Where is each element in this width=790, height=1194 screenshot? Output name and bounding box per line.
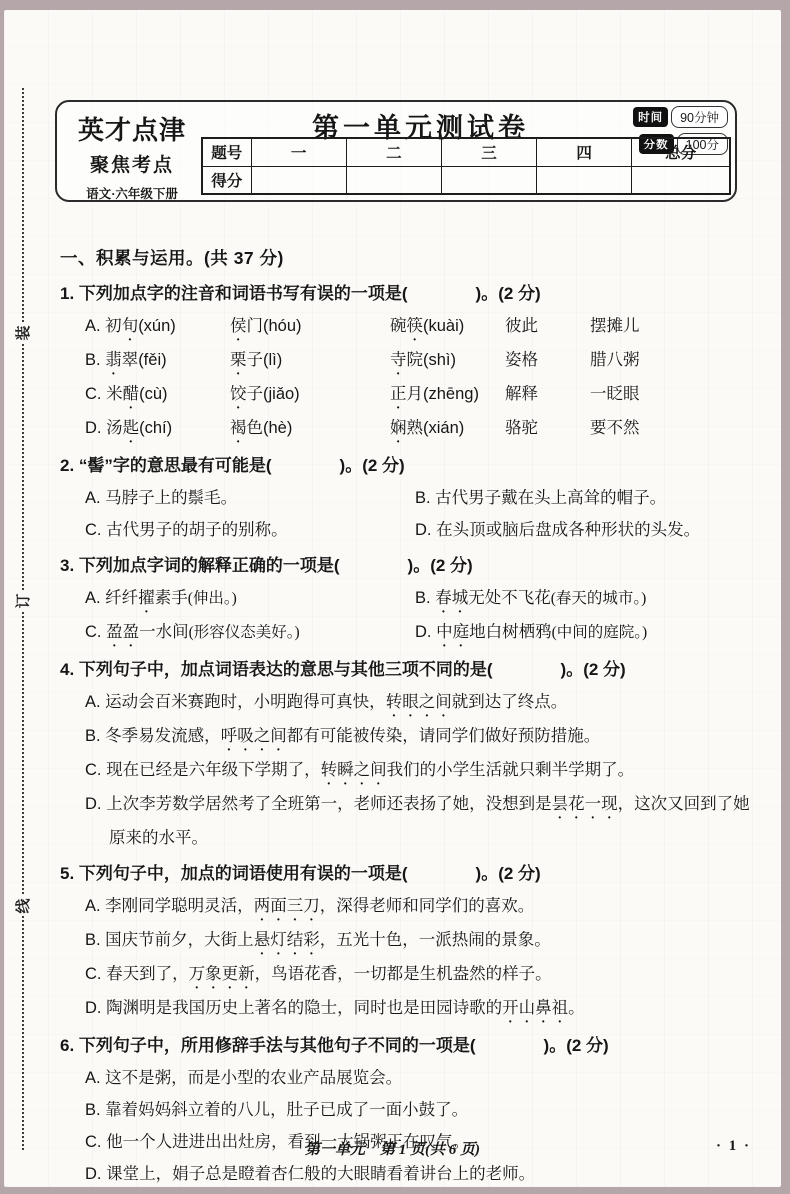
text-segment: (春天的城市。) <box>551 590 647 607</box>
score-input-cell <box>537 166 632 194</box>
q3-option-c: C. 盈盈一水间(形容仪态美好。) <box>85 616 415 650</box>
score-table: 题号 一 二 三 四 总分 得分 <box>201 137 731 195</box>
q2-option-a: A. 马脖子上的鬃毛。 <box>85 482 415 514</box>
q1-cell: 摆摊儿 <box>590 310 752 344</box>
text-segment: 解释 <box>505 385 538 403</box>
q5-option-a: A. 李刚同学聪明灵活，两面三刀，深得老师和同学们的喜欢。 <box>60 890 752 924</box>
score-table-cell: 题号 <box>202 138 251 166</box>
text-segment: C. 春天到了， <box>85 965 189 983</box>
text-segment: A. 李刚同学聪明灵活， <box>85 897 254 915</box>
text-segment: 腊八粥 <box>590 351 640 369</box>
text-segment: ，五光十色，一派热闹的景象。 <box>320 931 551 949</box>
text-segment: (xún) <box>138 317 176 335</box>
score-input-cell <box>346 166 441 194</box>
brand-title: 英才点津 <box>57 110 207 147</box>
text-segment: D. 汤 <box>85 419 123 437</box>
q1-option-row-d: D. 汤匙(chí) 褐色(hè) 娴熟(xián) 骆驼 要不然 <box>60 412 752 446</box>
score-input-cell <box>632 166 730 194</box>
q2-option-d: D. 在头顶或脑后盘成各种形状的头发。 <box>415 514 752 546</box>
text-segment: 骆驼 <box>505 419 538 437</box>
text-segment: 色(hè) <box>247 419 293 437</box>
score-table-header-row: 题号 一 二 三 四 总分 <box>202 138 730 166</box>
q1-option-row-b: B. 翡翠(fěi) 栗子(lì) 寺院(shì) 姿格 腊八粥 <box>60 344 752 378</box>
score-table-score-row: 得分 <box>202 166 730 194</box>
q1-cell: 骆驼 <box>505 412 590 446</box>
q2-options: A. 马脖子上的鬃毛。 B. 古代男子戴在头上高耸的帽子。 C. 古代男子的胡子… <box>60 482 752 546</box>
q2-option-c: C. 古代男子的胡子的别称。 <box>85 514 415 546</box>
q5-option-c: C. 春天到了，万象更新，鸟语花香，一切都是生机盎然的样子。 <box>60 958 752 992</box>
q2-stem: 2. “髻”字的意思最有可能是( )。(2 分) <box>60 450 752 482</box>
question-area: 一、积累与运用。(共 37 分) 1. 下列加点字的注音和词语书写有误的一项是(… <box>60 242 752 1190</box>
brand-block: 英才点津 聚焦考点 语文·六年级下册 <box>57 102 207 200</box>
emphasized-text-segment: 筷 <box>407 317 424 335</box>
emphasized-text-segment: 擢 <box>138 589 155 607</box>
text-segment: 子(lì) <box>247 351 283 369</box>
score-input-cell <box>441 166 536 194</box>
emphasized-text-segment: 悬灯结彩 <box>254 931 320 949</box>
header-main: 第一单元测试卷 时间 90分钟 分数 100分 题号 一 二 三 四 <box>207 102 735 200</box>
q1-cell: 饺子(jiǎo) <box>230 378 390 412</box>
text-segment: 摆摊儿 <box>590 317 640 335</box>
emphasized-text-segment: 转瞬之间 <box>321 761 387 779</box>
question-3: 3. 下列加点字词的解释正确的一项是( )。(2 分) A. 纤纤擢素手(伸出。… <box>60 550 752 650</box>
score-table-cell: 一 <box>251 138 346 166</box>
page-footer: 第一单元 第 1 页(共 6 页) · 1 · <box>4 1138 781 1168</box>
text-segment: 一水间 <box>139 623 189 641</box>
emphasized-text-segment: 开山鼻祖 <box>502 999 568 1017</box>
text-segment: D. 上次李芳数学居然考了全班第一，老师还表扬了她，没想到是 <box>85 795 552 813</box>
text-segment: (形容仪态美好。) <box>189 624 300 641</box>
binding-line: 装 订 线 <box>22 88 24 1150</box>
text-segment: 一眨眼 <box>590 385 640 403</box>
text-segment: 彼此 <box>505 317 538 335</box>
emphasized-text-segment: 侯 <box>230 317 247 335</box>
score-input-cell <box>251 166 346 194</box>
q1-cell: 碗筷(kuài) <box>390 310 505 344</box>
q1-option-row-a: A. 初旬(xún) 侯门(hóu) 碗筷(kuài) 彼此 摆摊儿 <box>60 310 752 344</box>
q3-options: A. 纤纤擢素手(伸出。) B. 春城无处不飞花(春天的城市。) C. 盈盈一水… <box>60 582 752 650</box>
text-segment: ，鸟语花香，一切都是生机盎然的样子。 <box>255 965 552 983</box>
q5-option-b: B. 国庆节前夕，大街上悬灯结彩，五光十色，一派热闹的景象。 <box>60 924 752 958</box>
emphasized-text-segment: 寺 <box>390 351 407 369</box>
binding-char-ding: 订 <box>11 591 37 611</box>
score-table-cell: 三 <box>441 138 536 166</box>
text-segment: D. <box>415 623 436 641</box>
emphasized-text-segment: 褐 <box>230 419 247 437</box>
time-badge-label: 时间 <box>633 107 668 127</box>
emphasized-text-segment: 饺 <box>230 385 247 403</box>
q1-cell: 姿格 <box>505 344 590 378</box>
time-badge: 时间 90分钟 <box>633 106 728 128</box>
text-segment: A. 纤纤 <box>85 589 138 607</box>
text-segment: C. <box>85 623 106 641</box>
text-segment: 都有可能被传染，请同学们做好预防措施。 <box>287 727 601 745</box>
text-segment: 无处不飞花 <box>468 589 551 607</box>
text-segment: 我们的小学生活就只剩半学期了。 <box>387 761 635 779</box>
text-segment: 门(hóu) <box>247 317 302 335</box>
q6-option-a: A. 这不是粥，而是小型的农业产品展览会。 <box>60 1062 752 1094</box>
text-segment: 碗 <box>390 317 407 335</box>
q1-cell: 要不然 <box>590 412 752 446</box>
text-segment: 月(zhēng) <box>407 385 479 403</box>
text-segment: 素手 <box>155 589 188 607</box>
emphasized-text-segment: 春城 <box>435 589 468 607</box>
text-segment: 熟(xián) <box>407 419 465 437</box>
q4-option-d: D. 上次李芳数学居然考了全班第一，老师还表扬了她，没想到是昙花一现，这次又回到… <box>60 788 752 854</box>
text-segment: C. 现在已经是六年级下学期了， <box>85 761 321 779</box>
q3-stem: 3. 下列加点字词的解释正确的一项是( )。(2 分) <box>60 550 752 582</box>
emphasized-text-segment: 呼吸之间 <box>221 727 287 745</box>
text-segment: (伸出。) <box>188 590 237 607</box>
text-segment: C. 米 <box>85 385 123 403</box>
text-segment: 地白树栖鸦 <box>469 623 552 641</box>
binding-char-zhuang: 装 <box>11 323 37 343</box>
q3-option-b: B. 春城无处不飞花(春天的城市。) <box>415 582 752 616</box>
emphasized-text-segment: 醋 <box>123 385 140 403</box>
header-box: 英才点津 聚焦考点 语文·六年级下册 第一单元测试卷 时间 90分钟 分数 10… <box>55 100 737 202</box>
text-segment: (中间的庭院。) <box>552 624 648 641</box>
score-row-label: 得分 <box>202 166 251 194</box>
score-table-cell: 二 <box>346 138 441 166</box>
photo-background: { "colors": { "frame": "#b5a6aa", "paper… <box>0 0 790 1194</box>
q1-cell: 侯门(hóu) <box>230 310 390 344</box>
text-segment: 要不然 <box>590 419 640 437</box>
q3-option-a: A. 纤纤擢素手(伸出。) <box>85 582 415 616</box>
text-segment: D. 陶渊明是我国历史上著名的隐士，同时也是田园诗歌的 <box>85 999 502 1017</box>
emphasized-text-segment: 栗 <box>230 351 247 369</box>
q6-option-b: B. 靠着妈妈斜立着的八儿，肚子已成了一面小鼓了。 <box>60 1094 752 1126</box>
section-heading: 一、积累与运用。(共 37 分) <box>60 242 752 274</box>
text-segment: A. 初 <box>85 317 122 335</box>
q1-stem: 1. 下列加点字的注音和词语书写有误的一项是( )。(2 分) <box>60 278 752 310</box>
q1-cell: 腊八粥 <box>590 344 752 378</box>
score-table-cell: 四 <box>537 138 632 166</box>
text-segment: 院(shì) <box>407 351 457 369</box>
q1-cell: 褐色(hè) <box>230 412 390 446</box>
q5-stem: 5. 下列句子中，加点的词语使用有误的一项是( )。(2 分) <box>60 858 752 890</box>
question-5: 5. 下列句子中，加点的词语使用有误的一项是( )。(2 分) A. 李刚同学聪… <box>60 858 752 1026</box>
q4-option-c: C. 现在已经是六年级下学期了，转瞬之间我们的小学生活就只剩半学期了。 <box>60 754 752 788</box>
q1-cell: 正月(zhēng) <box>390 378 505 412</box>
emphasized-text-segment: 中庭 <box>436 623 469 641</box>
score-table-cell: 总分 <box>632 138 730 166</box>
emphasized-text-segment: 盈盈 <box>106 623 139 641</box>
emphasized-text-segment: 转眼之间 <box>386 693 452 711</box>
emphasized-text-segment: 旬 <box>122 317 139 335</box>
text-segment: A. 运动会百米赛跑时，小明跑得可真快， <box>85 693 386 711</box>
q4-option-b: B. 冬季易发流感，呼吸之间都有可能被传染，请同学们做好预防措施。 <box>60 720 752 754</box>
q1-cell: 解释 <box>505 378 590 412</box>
emphasized-text-segment: 昙花一现 <box>552 795 618 813</box>
footer-page-info: 第一单元 第 1 页(共 6 页) <box>305 1142 480 1158</box>
q1-cell: B. 翡翠(fěi) <box>85 344 230 378</box>
question-4: 4. 下列句子中，加点词语表达的意思与其他三项不同的是( )。(2 分) A. … <box>60 654 752 854</box>
text-segment: 翠(fěi) <box>122 351 167 369</box>
q6-stem: 6. 下列句子中，所用修辞手法与其他句子不同的一项是( )。(2 分) <box>60 1030 752 1062</box>
page-number: · 1 · <box>716 1138 751 1155</box>
text-segment: (cù) <box>139 385 167 403</box>
q1-cell: 一眨眼 <box>590 378 752 412</box>
text-segment: B. 国庆节前夕，大街上 <box>85 931 254 949</box>
time-badge-value: 90分钟 <box>671 106 728 128</box>
q2-option-b: B. 古代男子戴在头上高耸的帽子。 <box>415 482 752 514</box>
binding-char-xian: 线 <box>11 896 37 916</box>
test-paper-page: 装 订 线 英才点津 聚焦考点 语文·六年级下册 第一单元测试卷 时间 90分钟… <box>4 10 781 1187</box>
q1-cell: C. 米醋(cù) <box>85 378 230 412</box>
text-segment: (chí) <box>139 419 172 437</box>
question-1: 1. 下列加点字的注音和词语书写有误的一项是( )。(2 分) A. 初旬(xú… <box>60 278 752 446</box>
text-segment: ，深得老师和同学们的喜欢。 <box>320 897 535 915</box>
q1-cell: D. 汤匙(chí) <box>85 412 230 446</box>
emphasized-text-segment: 娴 <box>390 419 407 437</box>
emphasized-text-segment: 正 <box>390 385 407 403</box>
emphasized-text-segment: 万象更新 <box>189 965 255 983</box>
emphasized-text-segment: 两面三刀 <box>254 897 320 915</box>
q4-stem: 4. 下列句子中，加点词语表达的意思与其他三项不同的是( )。(2 分) <box>60 654 752 686</box>
text-segment: 姿格 <box>505 351 538 369</box>
q4-option-a: A. 运动会百米赛跑时，小明跑得可真快，转眼之间就到达了终点。 <box>60 686 752 720</box>
text-segment: B. <box>85 351 105 369</box>
text-segment: B. <box>415 589 435 607</box>
question-2: 2. “髻”字的意思最有可能是( )。(2 分) A. 马脖子上的鬃毛。 B. … <box>60 450 752 546</box>
brand-subtitle: 聚焦考点 <box>57 150 207 177</box>
q1-cell: 栗子(lì) <box>230 344 390 378</box>
q1-cell: 彼此 <box>505 310 590 344</box>
q1-cell: A. 初旬(xún) <box>85 310 230 344</box>
q1-cell: 寺院(shì) <box>390 344 505 378</box>
emphasized-text-segment: 匙 <box>123 419 140 437</box>
text-segment: B. 冬季易发流感， <box>85 727 221 745</box>
text-segment: (kuài) <box>423 317 464 335</box>
q1-cell: 娴熟(xián) <box>390 412 505 446</box>
text-segment: 。 <box>568 999 585 1017</box>
q5-option-d: D. 陶渊明是我国历史上著名的隐士，同时也是田园诗歌的开山鼻祖。 <box>60 992 752 1026</box>
brand-edition: 语文·六年级下册 <box>57 184 207 202</box>
text-segment: 就到达了终点。 <box>452 693 568 711</box>
emphasized-text-segment: 翡 <box>105 351 122 369</box>
text-segment: 子(jiǎo) <box>247 385 300 403</box>
q3-option-d: D. 中庭地白树栖鸦(中间的庭院。) <box>415 616 752 650</box>
q1-option-row-c: C. 米醋(cù) 饺子(jiǎo) 正月(zhēng) 解释 一眨眼 <box>60 378 752 412</box>
